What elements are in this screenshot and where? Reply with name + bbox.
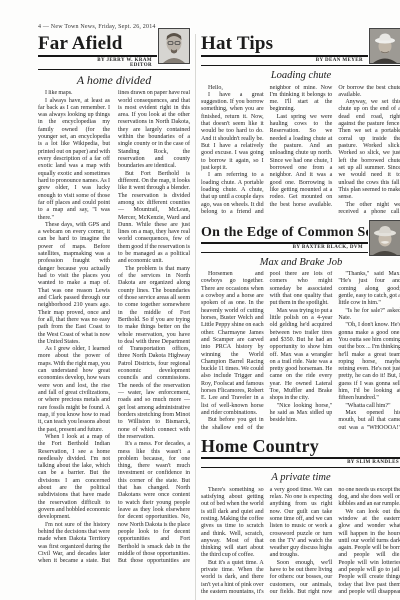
body-paragraph: As I grew older, I learned more about th… bbox=[38, 346, 110, 434]
page-layout: Far Afield BY JERRY W. KRAM EDITOR bbox=[38, 34, 395, 600]
body-paragraph: When I look at a map of the Fort Berthol… bbox=[38, 434, 110, 522]
far-afield-masthead: Far Afield BY JERRY W. KRAM EDITOR bbox=[38, 34, 190, 70]
common-sense-body: Horsemen and cowboys go together. There … bbox=[201, 271, 400, 434]
far-afield-body: I like maps.I always have, at least as f… bbox=[38, 90, 190, 566]
jerry-kram-photo bbox=[158, 28, 190, 64]
section-hat-tips: Hat Tips BY DEAN MEYER Loading chut bbox=[201, 34, 400, 223]
hat-tips-masthead: Hat Tips BY DEAN MEYER bbox=[201, 34, 400, 66]
section-far-afield: Far Afield BY JERRY W. KRAM EDITOR bbox=[38, 34, 195, 600]
body-paragraph: "Is he for sale?" asked Nate. bbox=[338, 308, 400, 323]
home-country-masthead: Home Country BY SLIM RANDLES bbox=[201, 437, 400, 468]
newspaper-page: 4 — New Town News, Friday, Sept. 26, 201… bbox=[0, 0, 400, 600]
body-paragraph: These days, with GPS and a webcam on eve… bbox=[38, 222, 110, 346]
home-country-byline: BY SLIM RANDLES bbox=[201, 459, 400, 468]
body-paragraph: Hello, bbox=[201, 85, 264, 92]
body-paragraph: I like maps. bbox=[38, 90, 110, 97]
body-paragraph: "Nice looking horse," he said as Max sid… bbox=[270, 403, 333, 425]
body-paragraph: I have a great suggestion. If you borrow… bbox=[201, 92, 264, 172]
baxter-black-photo bbox=[369, 220, 400, 256]
page-folio: 4 — New Town News, Friday, Sept. 26, 201… bbox=[38, 24, 395, 30]
common-sense-headline: Max and Brake Job bbox=[201, 257, 400, 269]
section-common-sense: On the Edge of Common Sense BY BAXTER BL… bbox=[201, 226, 400, 435]
body-paragraph: The problem is that many of the services… bbox=[118, 266, 190, 442]
body-paragraph: "Oh, I don't know. He's gonna make a goo… bbox=[338, 322, 400, 402]
hat-tips-headline: Loading chute bbox=[201, 70, 400, 82]
home-country-title: Home Country bbox=[201, 437, 400, 459]
body-paragraph: "Whatta call him?" bbox=[338, 403, 400, 410]
dean-meyer-photo bbox=[369, 28, 400, 64]
home-country-headline: A private time bbox=[201, 472, 400, 484]
common-sense-masthead: On the Edge of Common Sense BY BAXTER BL… bbox=[201, 226, 400, 253]
body-paragraph: Max was trying to put a little polish on… bbox=[270, 308, 333, 403]
far-afield-headline: A home divided bbox=[38, 74, 190, 87]
body-paragraph: Anyway, we set this chute up on the end … bbox=[338, 99, 400, 201]
section-home-country: Home Country BY SLIM RANDLES A private t… bbox=[201, 437, 400, 597]
hat-tips-body: Hello,I have a great suggestion. If you … bbox=[201, 85, 400, 223]
body-paragraph: I always have, at least as far back as I… bbox=[38, 98, 110, 222]
body-paragraph: There's something so satisfying about ge… bbox=[201, 487, 264, 560]
body-paragraph: "Thanks," said Max. "He's just four and … bbox=[338, 271, 400, 308]
body-paragraph: Horsemen and cowboys go together. There … bbox=[201, 271, 264, 417]
right-column-stack: Hat Tips BY DEAN MEYER Loading chut bbox=[195, 34, 400, 600]
home-country-body: There's something so satisfying about ge… bbox=[201, 487, 400, 597]
body-paragraph: But Fort Berthold is different. On the m… bbox=[118, 171, 190, 266]
byline-role: EDITOR bbox=[38, 63, 152, 68]
